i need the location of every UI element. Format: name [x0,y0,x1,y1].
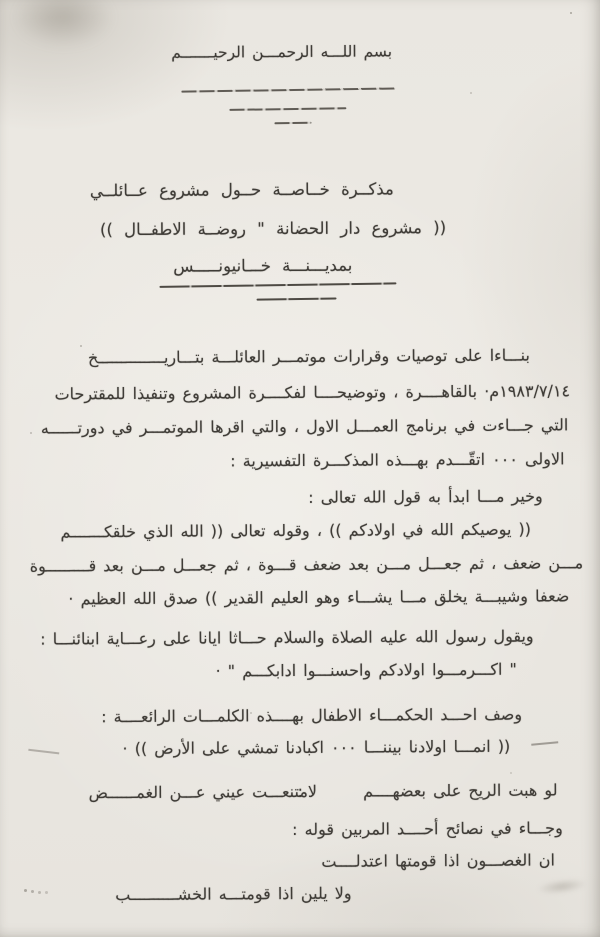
quran-line-4: ضعفا وشيبـــة يخلق مـــا يشـــاء وهو الع… [68,586,569,609]
memo-title-line-1: مذكــرة خــاصــة حــول مشروع عــائلــي [90,179,394,201]
document-content: بسم اللـــه الرحمـــن الرحيـــــــم مذكـ… [0,0,600,937]
stray-dash-left [28,749,59,755]
poem1-hemistich-right: لو هبت الريح على بعضهــــم [363,780,558,801]
scanned-document-page: بسم اللـــه الرحمـــن الرحيـــــــم مذكـ… [0,0,600,937]
quran-line-2: (( يوصيكم الله في اولادكم )) ، وقوله تعا… [60,520,531,543]
separator-line-long [181,87,395,92]
quran-line-3: مـــن ضعف ، ثم جعـــل مـــن بعد ضعف قـــ… [30,553,584,576]
poem2-line-2: ولا يلين اذا قومتـــه الخشــــــــــب [115,884,352,905]
wisdom-line-2: (( انمـــا اولادنا بيننـــا ٠٠٠ اكبادنا … [122,737,510,759]
separator-line-short [274,122,311,125]
poem1-hemistich-left: لامتنعـــت عيني عـــن الغمــــــض [88,782,317,803]
memo-title-line-3: بمديـــنـــة خـــانيونـــــس [173,256,352,277]
title-underline-long [159,282,396,288]
intro-line-1: بنـــاءا على توصيات وقرارات موتمـــر الع… [88,346,530,369]
intro-line-4: الاولى ٠٠٠ اتقّـــدم بهـــذه المذكـــرة … [230,449,564,471]
poem2-line-1: ان الغصـــون اذا قومتها اعتدلــــت [321,850,555,871]
separator-line-medium [229,107,346,111]
bismillah: بسم اللـــه الرحمـــن الرحيـــــــم [171,41,392,62]
intro-line-2: ١٩٨٣/٧/١٤م· بالقاهــــرة ، وتوضيحــــا ل… [54,381,570,404]
educator-line-1: وجـــاء في نصائح أحــــد المربين قوله : [292,818,563,840]
memo-title-line-2: (( مشروع دار الحضانة " روضــة الاطفــال … [100,218,446,240]
stray-dash-right [531,741,558,746]
title-underline-short [257,297,337,300]
intro-line-3: التي جـــاءت في برنامج العمـــل الاول ، … [41,415,569,438]
hadith-line-2: " اكـــرمـــوا اولادكم واحسنـــوا ادابكـ… [215,660,516,682]
wisdom-line-1: وصف احـــد الحكمـــاء الاطفال بهــــذه ا… [101,705,522,728]
quran-line-1: وخير مـــا ابدأ به قول الله تعالى : [308,487,543,508]
hadith-line-1: ويقول رسول الله عليه الصلاة والسلام حـــ… [40,627,533,650]
